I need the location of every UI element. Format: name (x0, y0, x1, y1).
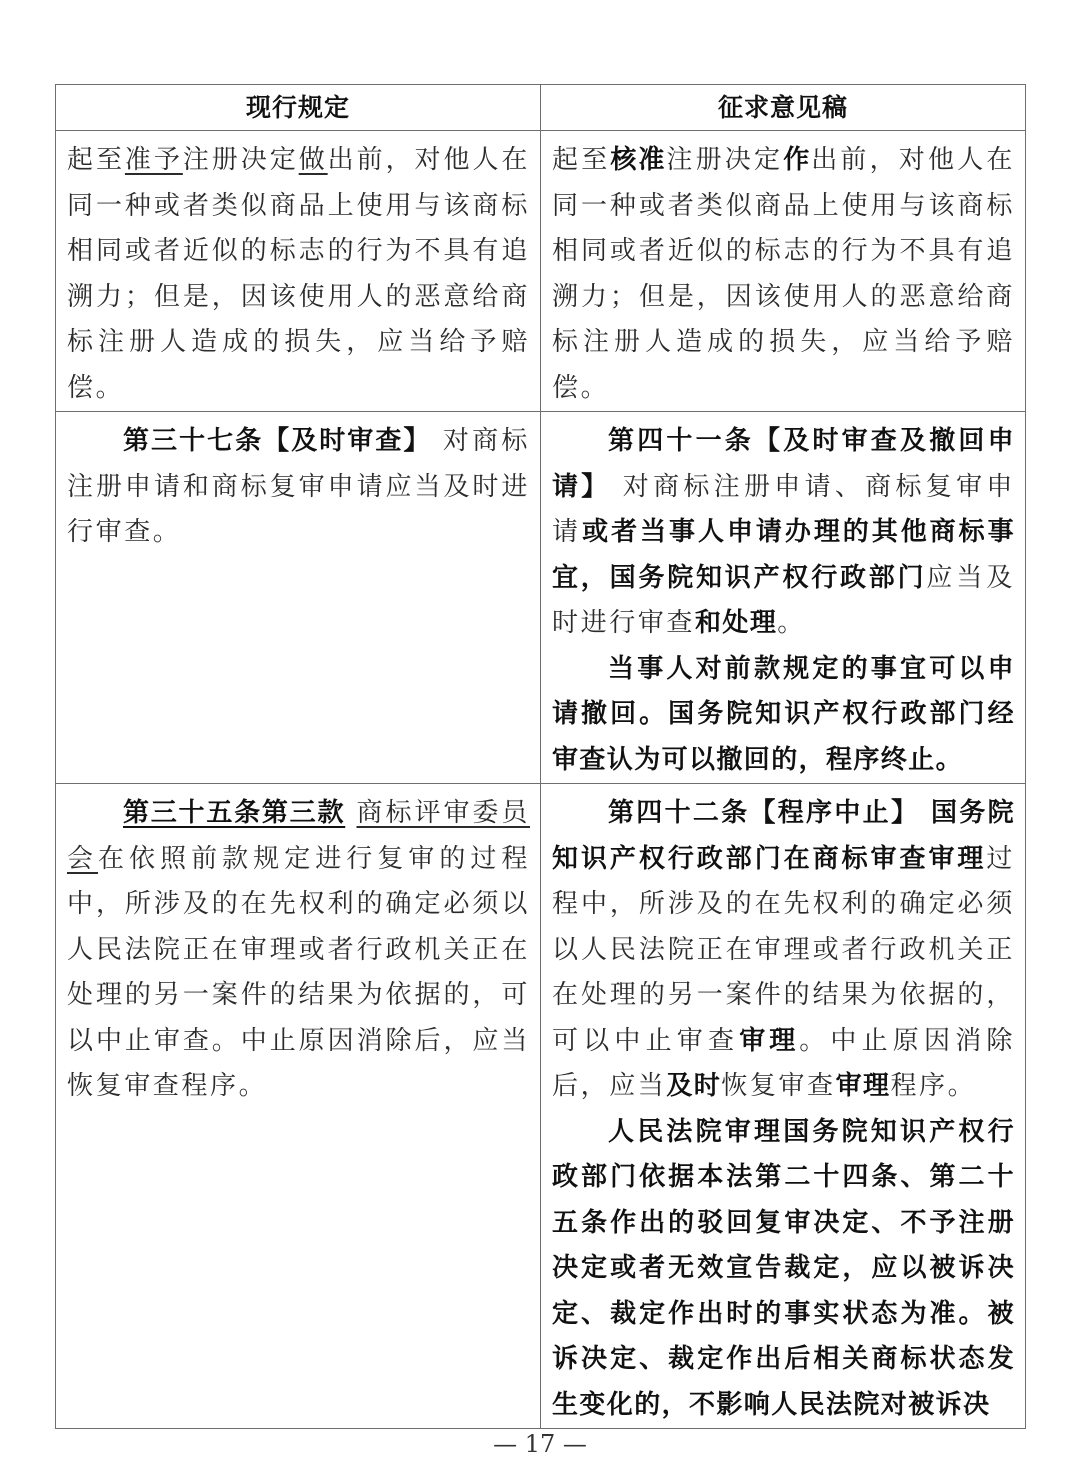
text-run: 和处理 (695, 608, 777, 638)
cell-paragraph: 当事人对前款规定的事宜可以申请撤回。国务院知识产权行政部门经审查认为可以撤回的，… (552, 647, 1015, 784)
text-run: 作 (783, 145, 811, 175)
text-run: 当事人对前款规定的事宜可以申请撤回。国务院知识产权行政部门经审查认为可以撤回的，… (552, 654, 1015, 775)
text-run: 过程中，所涉及的在先权利的确定必须以人民法院正在审理或者行政机关正在处理的另一案… (552, 844, 1015, 1056)
text-run: 做 (299, 145, 328, 175)
header-draft-for-comment: 征求意见稿 (541, 85, 1026, 131)
text-run: 审理 (739, 1026, 799, 1056)
text-run: 程序。 (890, 1071, 976, 1101)
text-run: 恢复审查 (721, 1071, 835, 1101)
text-run: 起至 (67, 145, 125, 175)
text-run: 及时 (666, 1071, 721, 1101)
cell-paragraph: 人民法院审理国务院知识产权行政部门依据本法第二十四条、第二十五条作出的驳回复审决… (552, 1110, 1015, 1429)
text-run: 注册决定 (183, 145, 299, 175)
text-run: 第三十七条【及时审查】 (123, 426, 431, 456)
cell-current: 第三十五条第三款 商标评审委员会在依照前款规定进行复审的过程中，所涉及的在先权利… (56, 784, 541, 1429)
text-run: 人民法院审理国务院知识产权行政部门依据本法第二十四条、第二十五条作出的驳回复审决… (552, 1117, 1015, 1420)
text-run (919, 798, 931, 828)
table-row: 第三十五条第三款 商标评审委员会在依照前款规定进行复审的过程中，所涉及的在先权利… (56, 784, 1026, 1429)
text-run: 准予 (125, 145, 183, 175)
text-run: 出前，对他人在同一种或者类似商品上使用与该商标相同或者近似的标志的行为不具有追溯… (552, 145, 1015, 403)
cell-paragraph: 第四十一条【及时审查及撤回申请】 对商标注册申请、商标复审申请或者当事人申请办理… (552, 419, 1015, 647)
cell-paragraph: 第四十二条【程序中止】 国务院知识产权行政部门在商标审查审理过程中，所涉及的在先… (552, 791, 1015, 1110)
cell-draft: 第四十一条【及时审查及撤回申请】 对商标注册申请、商标复审申请或者当事人申请办理… (541, 412, 1026, 784)
cell-paragraph: 第三十七条【及时审查】 对商标注册申请和商标复审申请应当及时进行审查。 (67, 419, 530, 556)
text-run: 第四十二条【程序中止】 (608, 798, 919, 828)
cell-current: 第三十七条【及时审查】 对商标注册申请和商标复审申请应当及时进行审查。 (56, 412, 541, 784)
table-header-row: 现行规定 征求意见稿 (56, 85, 1026, 131)
table-row: 起至准予注册决定做出前，对他人在同一种或者类似商品上使用与该商标相同或者近似的标… (56, 131, 1026, 412)
cell-current: 起至准予注册决定做出前，对他人在同一种或者类似商品上使用与该商标相同或者近似的标… (56, 131, 541, 412)
text-run: 第三十五条第三款 (123, 798, 345, 828)
text-run (345, 798, 356, 828)
text-run: 出前，对他人在同一种或者类似商品上使用与该商标相同或者近似的标志的行为不具有追溯… (67, 145, 530, 403)
cell-draft: 第四十二条【程序中止】 国务院知识产权行政部门在商标审查审理过程中，所涉及的在先… (541, 784, 1026, 1429)
text-run: 起至 (552, 145, 610, 175)
cell-paragraph: 第三十五条第三款 商标评审委员会在依照前款规定进行复审的过程中，所涉及的在先权利… (67, 791, 530, 1110)
header-current-rules: 现行规定 (56, 85, 541, 131)
text-run: 审理 (836, 1071, 891, 1101)
cell-draft: 起至核准注册决定作出前，对他人在同一种或者类似商品上使用与该商标相同或者近似的标… (541, 131, 1026, 412)
page-number: — 17 — (0, 1430, 1080, 1458)
comparison-table: 现行规定 征求意见稿 起至准予注册决定做出前，对他人在同一种或者类似商品上使用与… (55, 84, 1026, 1429)
text-run: 核准 (610, 145, 666, 175)
table-row: 第三十七条【及时审查】 对商标注册申请和商标复审申请应当及时进行审查。 第四十一… (56, 412, 1026, 784)
text-run: 注册决定 (666, 145, 783, 175)
cell-paragraph: 起至核准注册决定作出前，对他人在同一种或者类似商品上使用与该商标相同或者近似的标… (552, 138, 1015, 411)
document-page: 现行规定 征求意见稿 起至准予注册决定做出前，对他人在同一种或者类似商品上使用与… (0, 0, 1080, 1467)
text-run: 。 (777, 608, 806, 638)
text-run: 在依照前款规定进行复审的过程中，所涉及的在先权利的确定必须以人民法院正在审理或者… (67, 844, 530, 1102)
cell-paragraph: 起至准予注册决定做出前，对他人在同一种或者类似商品上使用与该商标相同或者近似的标… (67, 138, 530, 411)
